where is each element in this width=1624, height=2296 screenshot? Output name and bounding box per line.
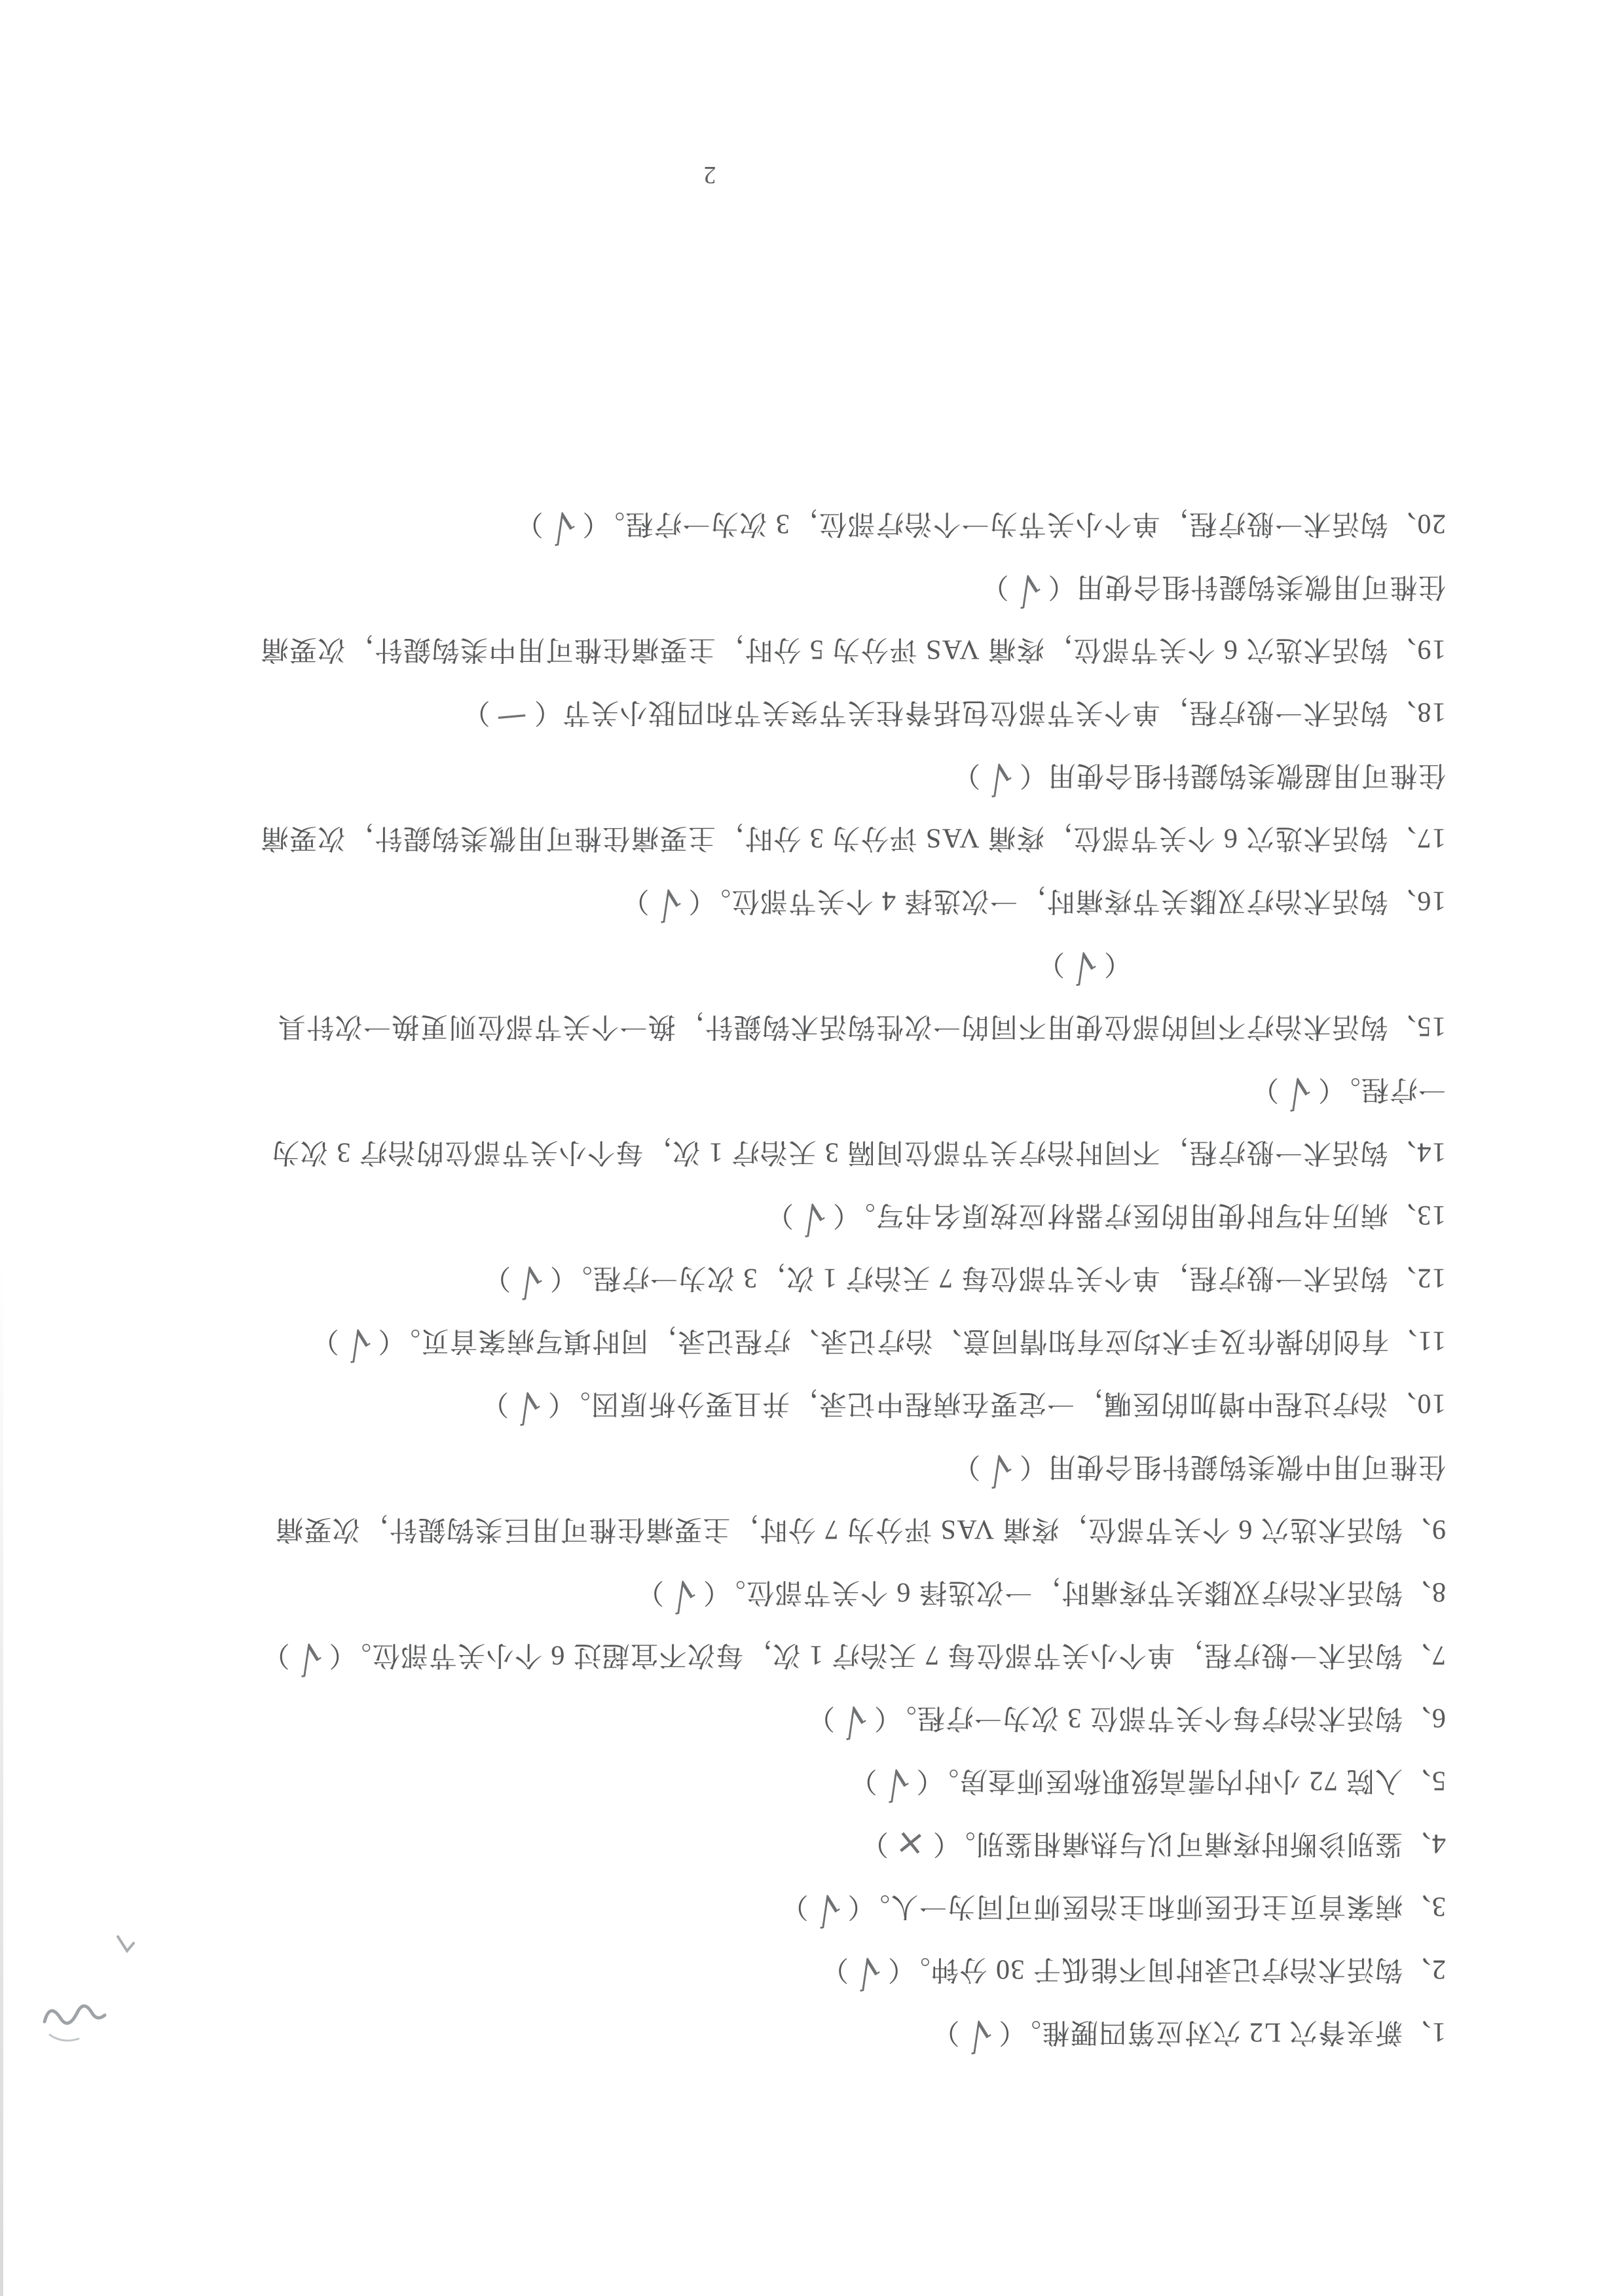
document-line: 14、钩活术一般疗程，不同时治疗关节部位间隔 3 天治疗 1 次，每个小关节部位… bbox=[79, 1123, 1446, 1186]
document-line: 住椎可用微类钩鍉针组合使用（√） bbox=[79, 557, 1446, 620]
document-line: 16、钩活术治疗双膝关节疼痛时，一次选择 4 个关节部位。（√） bbox=[79, 871, 1446, 934]
line-text: 15、钩活术治疗不同的部位使用不同的一次性钩活术钩鍉针，换一个关节部位则更换一次… bbox=[277, 1011, 1446, 1042]
answer-mark: √ bbox=[509, 1373, 547, 1440]
line-text: 8、钩活术治疗双膝关节疼痛时，一次选择 6 个关节部位。（ bbox=[702, 1577, 1446, 1607]
answer-mark: √ bbox=[544, 493, 582, 560]
line-text: ） bbox=[621, 886, 650, 916]
answer-mark: √ bbox=[961, 2001, 999, 2068]
line-text: 5、入院 72 小时内需高级职称医师查房。（ bbox=[915, 1766, 1446, 1796]
answer-mark: √ bbox=[650, 870, 688, 937]
document-line: 20、钩活术一般疗程，单个小关节为一个治疗部位，3 次为一疗程。（√） bbox=[79, 494, 1446, 557]
line-text: 13、病历书写时使用的医疗器材应按原名书写。（ bbox=[832, 1200, 1446, 1230]
answer-mark: × bbox=[892, 1810, 929, 1876]
document-line: 11、有创的操作及手术均应有知情同意、治疗记录、疗程记录，同时填写病案首页。（√… bbox=[79, 1311, 1446, 1374]
document-line: 1、新夹脊穴 L2 穴对应第四腰椎。（√） bbox=[79, 2003, 1446, 2066]
line-text: 16、钩活术治疗双膝关节疼痛时，一次选择 4 个关节部位。（ bbox=[688, 886, 1446, 916]
line-text: ） bbox=[261, 1640, 290, 1670]
answer-mark: √ bbox=[981, 744, 1019, 811]
line-text: 4、鉴别诊断时疼痛可以与热痛相鉴别。（ bbox=[932, 1829, 1446, 1859]
scan-edge-shadow bbox=[0, 0, 3, 2296]
document-line: 8、钩活术治疗双膝关节疼痛时，一次选择 6 个关节部位。（√） bbox=[79, 1563, 1446, 1626]
answer-mark: — bbox=[494, 686, 530, 752]
line-text: ） bbox=[849, 1766, 877, 1796]
answer-mark: √ bbox=[794, 1184, 832, 1251]
document-line: 19、钩活术选穴 6 个关节部位，疼痛 VAS 评分为 5 分时，主要痛住椎可用… bbox=[79, 620, 1446, 683]
document-line: 3、病案首页主任医师和主治医师可同为一人。（√） bbox=[79, 1877, 1446, 1940]
line-text: ） bbox=[821, 1954, 849, 1984]
line-text: 6、钩活术治疗每个关节部位 3 次为一疗程。（ bbox=[873, 1703, 1446, 1733]
line-text: ） bbox=[980, 572, 1009, 602]
line-text: 19、钩活术选穴 6 个关节部位，疼痛 VAS 评分为 5 分时，主要痛住椎可用… bbox=[260, 634, 1446, 665]
line-text: 14、钩活术一般疗程，不同时治疗关节部位间隔 3 天治疗 1 次，每个小关节部位… bbox=[271, 1137, 1446, 1167]
answer-mark: √ bbox=[665, 1561, 703, 1628]
line-text: ） bbox=[481, 1389, 509, 1419]
line-text: ） bbox=[636, 1577, 665, 1607]
quiz-item-list: 1、新夹脊穴 L2 穴对应第四腰椎。（√）2、钩活术治疗记录时间不能低于 30 … bbox=[79, 494, 1446, 2066]
document-line: 一疗程。（√） bbox=[79, 1060, 1446, 1123]
document-line: 2、钩活术治疗记录时间不能低于 30 分钟。（√） bbox=[79, 1940, 1446, 2003]
line-text: ） bbox=[310, 1326, 339, 1356]
answer-mark: √ bbox=[1010, 556, 1048, 623]
line-text: 17、钩活术选穴 6 个关节部位，疼痛 VAS 评分为 3 分时，主要痛住椎可用… bbox=[260, 823, 1446, 853]
page-number: 2 bbox=[684, 160, 736, 189]
line-text: ） bbox=[780, 1891, 809, 1922]
line-text: ） bbox=[515, 509, 544, 539]
answer-mark: √ bbox=[849, 1939, 887, 2005]
line-text: 20、钩活术一般疗程，单个小关节为一个治疗部位，3 次为一疗程。（ bbox=[581, 509, 1446, 539]
answer-mark: √ bbox=[340, 1310, 378, 1377]
rotated-scan-content: 1、新夹脊穴 L2 穴对应第四腰椎。（√）2、钩活术治疗记录时间不能低于 30 … bbox=[0, 0, 1624, 2296]
document-line: 12、钩活术一般疗程，单个关节部位每 7 天治疗 1 次，3 次为一疗程。（√） bbox=[79, 1248, 1446, 1311]
document-line: 住椎可用超微类钩鍉针组合使用（√） bbox=[79, 746, 1446, 809]
answer-mark: √ bbox=[1065, 933, 1103, 1000]
document-line: 17、钩活术选穴 6 个关节部位，疼痛 VAS 评分为 3 分时，主要痛住椎可用… bbox=[79, 809, 1446, 871]
document-line: 4、鉴别诊断时疼痛可以与热痛相鉴别。（×） bbox=[79, 1814, 1446, 1877]
document-line: 住椎可用中微类钩鍉针组合使用（√） bbox=[79, 1437, 1446, 1500]
document-line: 7、钩活术一般疗程，单个小关节部位每 7 天治疗 1 次，每次不宜超过 6 个小… bbox=[79, 1626, 1446, 1688]
answer-mark: √ bbox=[981, 1436, 1019, 1503]
line-text: 一疗程。（ bbox=[1317, 1074, 1446, 1104]
document-line: 18、钩活术一般疗程，单个关节部位包括脊柱关节突关节和四肢小关节（—） bbox=[79, 683, 1446, 746]
document-line: 5、入院 72 小时内需高级职称医师查房。（√） bbox=[79, 1751, 1446, 1814]
line-text: 3、病案首页主任医师和主治医师可同为一人。（ bbox=[847, 1891, 1446, 1922]
answer-mark: √ bbox=[291, 1624, 329, 1691]
line-text: 12、钩活术一般疗程，单个关节部位每 7 天治疗 1 次，3 次为一疗程。（ bbox=[549, 1263, 1446, 1293]
line-text: ） bbox=[1037, 949, 1065, 979]
answer-mark: √ bbox=[1280, 1059, 1318, 1125]
answer-mark: √ bbox=[836, 1687, 874, 1754]
document-line: 13、病历书写时使用的医疗器材应按原名书写。（√） bbox=[79, 1186, 1446, 1248]
line-text: ） bbox=[952, 1451, 981, 1482]
line-text: 10、治疗过程中增加的医嘱，一定要在病程中记录，并且要分析原因。（ bbox=[547, 1389, 1446, 1419]
document-line: 15、钩活术治疗不同的部位使用不同的一次性钩活术钩鍉针，换一个关节部位则更换一次… bbox=[79, 997, 1446, 1060]
line-text: ） bbox=[807, 1703, 836, 1733]
document-line: 6、钩活术治疗每个关节部位 3 次为一疗程。（√） bbox=[79, 1688, 1446, 1751]
line-text: ） bbox=[483, 1263, 511, 1293]
line-text: ） bbox=[462, 697, 490, 727]
line-text: 11、有创的操作及手术均应有知情同意、治疗记录、疗程记录，同时填写病案首页。（ bbox=[377, 1326, 1446, 1356]
line-text: ） bbox=[1251, 1074, 1280, 1104]
line-text: 9、钩活术选穴 6 个关节部位，疼痛 VAS 评分为 7 分时，主要痛住椎可用巨… bbox=[274, 1514, 1446, 1544]
document-line: （√） bbox=[79, 934, 1446, 997]
line-text: 住椎可用中微类钩鍉针组合使用（ bbox=[1018, 1451, 1446, 1482]
document-line: 10、治疗过程中增加的医嘱，一定要在病程中记录，并且要分析原因。（√） bbox=[79, 1374, 1446, 1437]
line-text: ） bbox=[931, 2017, 960, 2047]
line-text: 2、钩活术治疗记录时间不能低于 30 分钟。（ bbox=[887, 1954, 1446, 1984]
document-line: 9、钩活术选穴 6 个关节部位，疼痛 VAS 评分为 7 分时，主要痛住椎可用巨… bbox=[79, 1500, 1446, 1563]
answer-mark: √ bbox=[809, 1876, 847, 1942]
scanned-page: 1、新夹脊穴 L2 穴对应第四腰椎。（√）2、钩活术治疗记录时间不能低于 30 … bbox=[0, 0, 1624, 2296]
line-text: 1、新夹脊穴 L2 穴对应第四腰椎。（ bbox=[998, 2017, 1446, 2047]
pen-scribble-artifact bbox=[20, 1912, 164, 2082]
line-text: ） bbox=[766, 1200, 794, 1230]
line-text: 7、钩活术一般疗程，单个小关节部位每 7 天治疗 1 次，每次不宜超过 6 个小… bbox=[328, 1640, 1446, 1670]
answer-mark: √ bbox=[511, 1247, 549, 1314]
line-text: 住椎可用微类钩鍉针组合使用（ bbox=[1047, 572, 1446, 602]
line-text: （ bbox=[1103, 949, 1132, 979]
line-text: 18、钩活术一般疗程，单个关节部位包括脊柱关节突关节和四肢小关节（ bbox=[533, 697, 1446, 727]
answer-mark: √ bbox=[878, 1750, 916, 1817]
line-text: ） bbox=[860, 1829, 889, 1859]
line-text: 住椎可用超微类钩鍉针组合使用（ bbox=[1018, 760, 1446, 790]
line-text: ） bbox=[952, 760, 981, 790]
